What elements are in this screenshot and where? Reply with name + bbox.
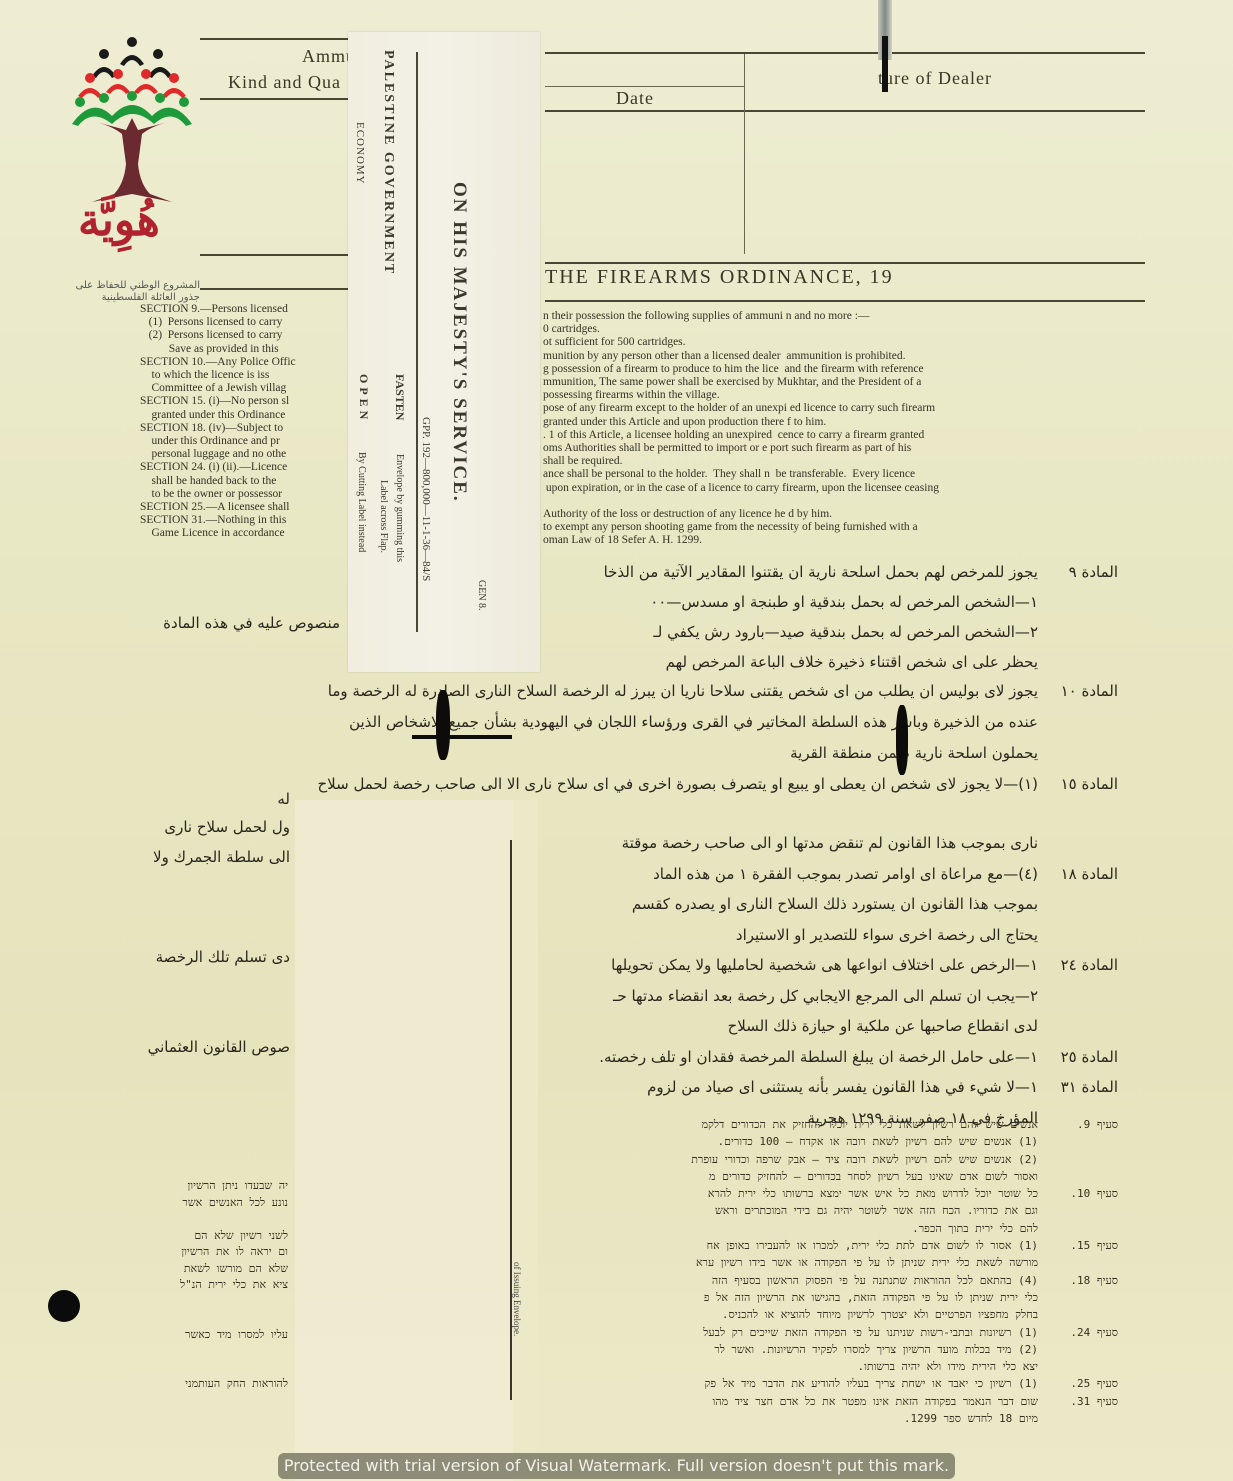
article-text: يجوز للمرخص لهم بحمل اسلحة نارية ان يقتن… — [540, 557, 1038, 587]
column-header-kind-quantity: Kind and Qua — [228, 72, 341, 93]
hebrew-fragment: ום יראה לו את הרשיון — [130, 1244, 288, 1261]
article-number: المادة ١٥ — [1038, 769, 1118, 800]
article-text: يجوز لاى بوليس ان يطلب من اى شخص يقتنى س… — [135, 676, 1038, 707]
ink-stain — [896, 705, 908, 775]
article-number: סעיף 25. — [1038, 1375, 1118, 1392]
label-service-heading: ON HIS MAJESTY'S SERVICE. — [448, 182, 470, 503]
article-text: (1) רשיונות ובתבי-רשות שניתנו על פי הפקו… — [525, 1324, 1038, 1341]
article-text: لدى انقطاع صاحبها عن ملكية او حيازة ذلك … — [520, 1011, 1038, 1042]
arabic-fragment: دى تسلم تلك الرخصة — [156, 948, 290, 966]
table-rule — [545, 52, 1145, 54]
arabic-line: يحظر على اى شخص اقتناء ذخيرة خلاف الباعة… — [540, 647, 1118, 677]
article-text: להם כלי ירית בתוך הכפר. — [525, 1220, 1038, 1237]
article-number — [1038, 920, 1118, 951]
arabic-line: المادة ٢٤١—الرخص على اختلاف انواعها هى ش… — [520, 950, 1118, 981]
table-column-divider — [744, 54, 745, 254]
table-rule — [545, 262, 1145, 264]
envelope-label: PALESTINE GOVERNMENT ECONOMY ON HIS MAJE… — [348, 32, 540, 672]
article-text: אנשים שיש להם רשיון לשאת כלי ירית יוכלו … — [525, 1116, 1038, 1133]
article-text: כל שוטר יוכל לדרוש מאת כל איש אשר ימצא ב… — [525, 1185, 1038, 1202]
article-text: שום דבר הנאמר בפקודה הזאת אינו מפטר את כ… — [525, 1393, 1038, 1410]
section-line: 0 cartridges. — [543, 323, 939, 336]
article-number — [1038, 1202, 1118, 1219]
section-line: Game Licence in accordance — [140, 527, 296, 540]
article-number — [1038, 1220, 1118, 1237]
label-fasten-text-2: Label across Flap. — [378, 480, 389, 553]
section-line: SECTION 10.—Any Police Offic — [140, 356, 296, 369]
section-line: Authority of the loss or destruction of … — [543, 508, 939, 521]
article-text: כלי ירית שניתן לו על פי הפקודה הזאת, בהג… — [525, 1289, 1038, 1306]
arabic-fragment: له — [277, 790, 290, 808]
arabic-line: ٢—الشخص المرخص له بحمل بندقية صيد—بارود … — [540, 617, 1118, 647]
article-number — [1038, 647, 1118, 677]
arabic-line: ١—الشخص المرخص له بحمل بندقية او طبنجة ا… — [540, 587, 1118, 617]
article-number — [1038, 1341, 1118, 1358]
arabic-fragment: منصوص عليه في هذه المادة — [135, 608, 340, 638]
article-number — [1038, 617, 1118, 647]
hebrew-line: ואסור לשום אדם שאינו בעל רשיון לסחר בכדו… — [525, 1168, 1118, 1185]
hebrew-fragment: ציא את כלי ירית הנ"ל — [130, 1277, 288, 1294]
article-number — [1038, 1011, 1118, 1042]
section-line: upon expiration, or in the case of a lic… — [543, 482, 939, 495]
article-number — [1038, 707, 1118, 738]
section-line: (2) Persons licensed to carry — [140, 329, 296, 342]
column-header-date: Date — [616, 88, 654, 109]
article-number: المادة ١٠ — [1038, 676, 1118, 707]
label-form-code: GEN 8. — [476, 580, 487, 611]
article-number — [1038, 587, 1118, 617]
arabic-line: يحتاج الى رخصة اخرى سواء للتصدير او الاس… — [520, 920, 1118, 951]
article-number — [1038, 1410, 1118, 1427]
arabic-line: المادة ٩يجوز للمرخص لهم بحمل اسلحة نارية… — [540, 557, 1118, 587]
ink-stain — [436, 690, 450, 760]
label-economy: ECONOMY — [354, 122, 366, 185]
section-line — [543, 495, 939, 508]
section-line: SECTION 31.—Nothing in this — [140, 514, 296, 527]
article-text: يحتاج الى رخصة اخرى سواء للتصدير او الاس… — [520, 920, 1038, 951]
arabic-articles-18-31: نارى بموجب هذا القانون لم تنقض مدتها او … — [520, 828, 1118, 1133]
section-line: n their possession the following supplie… — [543, 310, 939, 323]
hebrew-fragment: עליו למסרו מיד כאשר — [130, 1327, 288, 1344]
section-line: SECTION 18. (iv)—Subject to — [140, 422, 296, 435]
article-text: יצא כלי הירית מידו ולא יהיה ברשותו. — [525, 1358, 1038, 1375]
article-number — [1038, 1133, 1118, 1150]
section-line: SECTION 9.—Persons licensed — [140, 303, 296, 316]
arabic-fragment: الى سلطة الجمرك ولا — [153, 848, 290, 866]
article-number: סעיף 31. — [1038, 1393, 1118, 1410]
article-text: ١—الشخص المرخص له بحمل بندقية او طبنجة ا… — [540, 587, 1038, 617]
article-number — [1038, 1254, 1118, 1271]
article-text: يحظر على اى شخص اقتناء ذخيرة خلاف الباعة… — [540, 647, 1038, 677]
article-text: نارى بموجب هذا القانون لم تنقض مدتها او … — [520, 828, 1038, 859]
article-text: ٢—يجب ان تسلم الى المرجع الايجابي كل رخص… — [520, 981, 1038, 1012]
article-text: (1) אסור לו לשום אדם לתת כלי ירית, למכרו… — [525, 1237, 1038, 1254]
arabic-fragment: ول لحمل سلاح نارى — [164, 818, 290, 836]
article-number — [1038, 1358, 1118, 1375]
label-open-text: By Cutting Label instead — [356, 452, 367, 552]
arabic-line: المادة ١٨(٤)—مع مراعاة اى اوامر تصدر بمو… — [520, 859, 1118, 890]
article-text: (٤)—مع مراعاة اى اوامر تصدر بموجب الفقرة… — [520, 859, 1038, 890]
article-text: מורשה לשאת כלי ירית שניתן לו על פי הפקוד… — [525, 1254, 1038, 1271]
hebrew-line: סעיף 25.(1) רשיון כי יאבד או ישחת צריך ב… — [525, 1375, 1118, 1392]
article-text: (4) בהתאם לכל ההוראות שתנתנה על פי הפסוק… — [525, 1272, 1038, 1289]
table-rule — [200, 254, 350, 256]
label-print-code: GPP. 192—800,000—11-1-36—84/S — [420, 417, 432, 581]
article-number: المادة ٢٥ — [1038, 1042, 1118, 1073]
section-line: personal luggage and no othe — [140, 448, 296, 461]
logo-wordmark: هُوِيَّة — [78, 195, 160, 246]
section-line: possessing firearms within the village. — [543, 389, 939, 402]
article-number: סעיף 9. — [1038, 1116, 1118, 1133]
hebrew-line: סעיף 10.כל שוטר יוכל לדרוש מאת כל איש אש… — [525, 1185, 1118, 1202]
hebrew-line: בחלק מחפציו הפרטיים ולא יצטרך לרשיון מיו… — [525, 1306, 1118, 1323]
ink-stain — [412, 735, 512, 739]
article-number — [1038, 738, 1118, 769]
article-number: סעיף 15. — [1038, 1237, 1118, 1254]
arabic-line: المادة ٢٥١—على حامل الرخصة ان يبلغ السلط… — [520, 1042, 1118, 1073]
pen-object — [870, 0, 900, 95]
section-line: Committee of a Jewish villag — [140, 382, 296, 395]
article-number — [1038, 1306, 1118, 1323]
article-number — [1038, 828, 1118, 859]
article-number — [1038, 981, 1118, 1012]
hebrew-sections: סעיף 9.אנשים שיש להם רשיון לשאת כלי ירית… — [525, 1116, 1118, 1427]
article-number: المادة ٩ — [1038, 557, 1118, 587]
hebrew-fragment: להוראות החק העותמני — [130, 1376, 288, 1393]
hebrew-line: מיום 18 לחדש ספר 1299. — [525, 1410, 1118, 1427]
section-line: SECTION 25.—A licensee shall — [140, 501, 296, 514]
english-section-list: SECTION 9.—Persons licensed (1) Persons … — [140, 303, 296, 541]
section-line: g possession of a firearm to produce to … — [543, 363, 939, 376]
label-fasten-text-1: Envelope by gumming this — [394, 454, 405, 562]
hebrew-fragment: יה שבעדו ניתן הרשיון — [130, 1178, 288, 1195]
label-divider — [416, 52, 418, 632]
article-number: סעיף 24. — [1038, 1324, 1118, 1341]
english-section-text: n their possession the following supplie… — [543, 310, 939, 548]
hebrew-fragment — [130, 1211, 288, 1228]
ordinance-title: THE FIREARMS ORDINANCE, 19 — [545, 266, 894, 289]
section-line: SECTION 15. (i)—No person sl — [140, 395, 296, 408]
section-line: to exempt any person shooting game from … — [543, 521, 939, 534]
article-number: סעיף 10. — [1038, 1185, 1118, 1202]
hebrew-line: סעיף 15.(1) אסור לו לשום אדם לתת כלי ירי… — [525, 1237, 1118, 1254]
table-rule — [200, 288, 350, 290]
arabic-line: لدى انقطاع صاحبها عن ملكية او حيازة ذلك … — [520, 1011, 1118, 1042]
hebrew-line: סעיף 18.(4) בהתאם לכל ההוראות שתנתנה על … — [525, 1272, 1118, 1289]
arabic-line: نارى بموجب هذا القانون لم تنقض مدتها او … — [520, 828, 1118, 859]
article-text: (1) אנשים שיש להם רשיון לשאת רובה או אקד… — [525, 1133, 1038, 1150]
article-number: المادة ١٨ — [1038, 859, 1118, 890]
section-line: (1) Persons licensed to carry — [140, 316, 296, 329]
label-fasten: FASTEN — [392, 374, 407, 420]
section-line: pose of any firearm except to the holder… — [543, 402, 939, 415]
hebrew-line: כלי ירית שניתן לו על פי הפקודה הזאת, בהג… — [525, 1289, 1118, 1306]
logo-tagline: المشروع الوطني للحفاظ على جذور العائلة ا… — [60, 280, 200, 304]
arabic-line: المادة ١٠يجوز لاى بوليس ان يطلب من اى شخ… — [135, 676, 1118, 707]
arabic-article-9: المادة ٩يجوز للمرخص لهم بحمل اسلحة نارية… — [540, 557, 1118, 677]
arabic-line: ٢—يجب ان تسلم الى المرجع الايجابي كل رخص… — [520, 981, 1118, 1012]
article-number: סעיף 18. — [1038, 1272, 1118, 1289]
article-text: בחלק מחפציו הפרטיים ולא יצטרך לרשיון מיו… — [525, 1306, 1038, 1323]
hebrew-line: וגם את כדוריו. הכח הזה אשר לשוטר יהיה גם… — [525, 1202, 1118, 1219]
margin-note: of Issuing Envelope. — [512, 1262, 522, 1336]
hebrew-fragment: שלא הם מורשו לשאת — [130, 1261, 288, 1278]
article-text: (2) אנשים שיש להם רשיון לשאת רובה ציד — … — [525, 1151, 1038, 1168]
hebrew-fragment — [130, 1310, 288, 1327]
table-rule — [545, 110, 1145, 112]
hebrew-fragment — [130, 1343, 288, 1360]
label-open: OPEN — [356, 374, 371, 423]
hebrew-fragment: לשני רשיון שלא הם — [130, 1228, 288, 1245]
arabic-line: بموجب هذا القانون ان يستورد ذلك السلاح ا… — [520, 889, 1118, 920]
hebrew-left-fragments: יה שבעדו ניתן הרשיוןנונע לכל האנשים אשר … — [130, 1178, 288, 1393]
section-line: to which the licence is iss — [140, 369, 296, 382]
table-rule — [200, 98, 350, 100]
section-line: mmunition, The same power shall be exerc… — [543, 376, 939, 389]
label-government: PALESTINE GOVERNMENT — [380, 50, 396, 275]
hebrew-line: סעיף 24.(1) רשיונות ובתבי-רשות שניתנו על… — [525, 1324, 1118, 1341]
section-line: ance shall be personal to the holder. Th… — [543, 468, 939, 481]
hebrew-fragment — [130, 1360, 288, 1377]
article-text: ١—لا شيء في هذا القانون يفسر بأنه يستثنى… — [520, 1072, 1038, 1103]
hebrew-line: סעיף 31.שום דבר הנאמר בפקודה הזאת אינו מ… — [525, 1393, 1118, 1410]
hebrew-line: להם כלי ירית בתוך הכפר. — [525, 1220, 1118, 1237]
hebrew-fragment — [130, 1294, 288, 1311]
arabic-line: عنده من الذخيرة وباشر هذه السلطة المخاتي… — [135, 707, 1118, 738]
article-text: ואסור לשום אדם שאינו בעל רשיון לסחר בכדו… — [525, 1168, 1038, 1185]
section-line: SECTION 24. (i) (ii).—Licence — [140, 461, 296, 474]
article-text: ٢—الشخص المرخص له بحمل بندقية صيد—بارود … — [540, 617, 1038, 647]
article-number — [1038, 889, 1118, 920]
article-text: וגם את כדוריו. הכח הזה אשר לשוטר יהיה גם… — [525, 1202, 1038, 1219]
watermark-banner: Protected with trial version of Visual W… — [278, 1453, 955, 1479]
section-line: under this Ordinance and pr — [140, 435, 296, 448]
arabic-articles-10-15: المادة ١٠يجوز لاى بوليس ان يطلب من اى شخ… — [135, 676, 1118, 800]
article-text: מיום 18 לחדש ספר 1299. — [525, 1410, 1038, 1427]
article-number: المادة ٢٤ — [1038, 950, 1118, 981]
article-text: (1) רשיון כי יאבד או ישחת צריך בעליו להו… — [525, 1375, 1038, 1392]
hebrew-fragment: נונע לכל האנשים אשר — [130, 1195, 288, 1212]
hebrew-line: סעיף 9.אנשים שיש להם רשיון לשאת כלי ירית… — [525, 1116, 1118, 1133]
section-line: to be the owner or possessor — [140, 488, 296, 501]
section-line: oman Law of 18 Sefer A. H. 1299. — [543, 534, 939, 547]
section-line: Save as provided in this — [140, 343, 296, 356]
section-line: oms Authorities shall be permitted to im… — [543, 442, 939, 455]
punch-hole — [48, 1290, 80, 1322]
table-rule — [200, 38, 350, 40]
article-text: ١—الرخص على اختلاف انواعها هى شخصية لحام… — [520, 950, 1038, 981]
arabic-line: يحملون اسلحة نارية ضمن منطقة القرية — [135, 738, 1118, 769]
article-number — [1038, 1168, 1118, 1185]
table-rule — [545, 86, 745, 87]
section-line: ot sufficient for 500 cartridges. — [543, 336, 939, 349]
arabic-fragment: صوص القانون العثماني — [148, 1038, 290, 1056]
article-number — [1038, 1289, 1118, 1306]
hebrew-line: (2) מיד בכלות מועד הרשיון צריך למסרו לפק… — [525, 1341, 1118, 1358]
hebrew-line: (1) אנשים שיש להם רשיון לשאת רובה או אקד… — [525, 1133, 1118, 1150]
article-number: المادة ٣١ — [1038, 1072, 1118, 1103]
article-text: (2) מיד בכלות מועד הרשיון צריך למסרו לפק… — [525, 1341, 1038, 1358]
article-text: بموجب هذا القانون ان يستورد ذلك السلاح ا… — [520, 889, 1038, 920]
section-line: shall be handed back to the — [140, 475, 296, 488]
section-line: granted under this Article and upon prod… — [543, 416, 939, 429]
section-line: . 1 of this Article, a licensee holding … — [543, 429, 939, 442]
hebrew-line: מורשה לשאת כלי ירית שניתן לו על פי הפקוד… — [525, 1254, 1118, 1271]
overlapping-paper — [295, 800, 513, 1481]
section-line: shall be required. — [543, 455, 939, 468]
hebrew-line: יצא כלי הירית מידו ולא יהיה ברשותו. — [525, 1358, 1118, 1375]
arabic-line: المادة ٣١١—لا شيء في هذا القانون يفسر بأ… — [520, 1072, 1118, 1103]
hebrew-line: (2) אנשים שיש להם רשיון לשאת רובה ציד — … — [525, 1151, 1118, 1168]
article-number — [1038, 1151, 1118, 1168]
section-line: granted under this Ordinance — [140, 409, 296, 422]
table-rule — [545, 300, 1145, 302]
article-text: ١—على حامل الرخصة ان يبلغ السلطة المرخصة… — [520, 1042, 1038, 1073]
section-line: munition by any person other than a lice… — [543, 350, 939, 363]
